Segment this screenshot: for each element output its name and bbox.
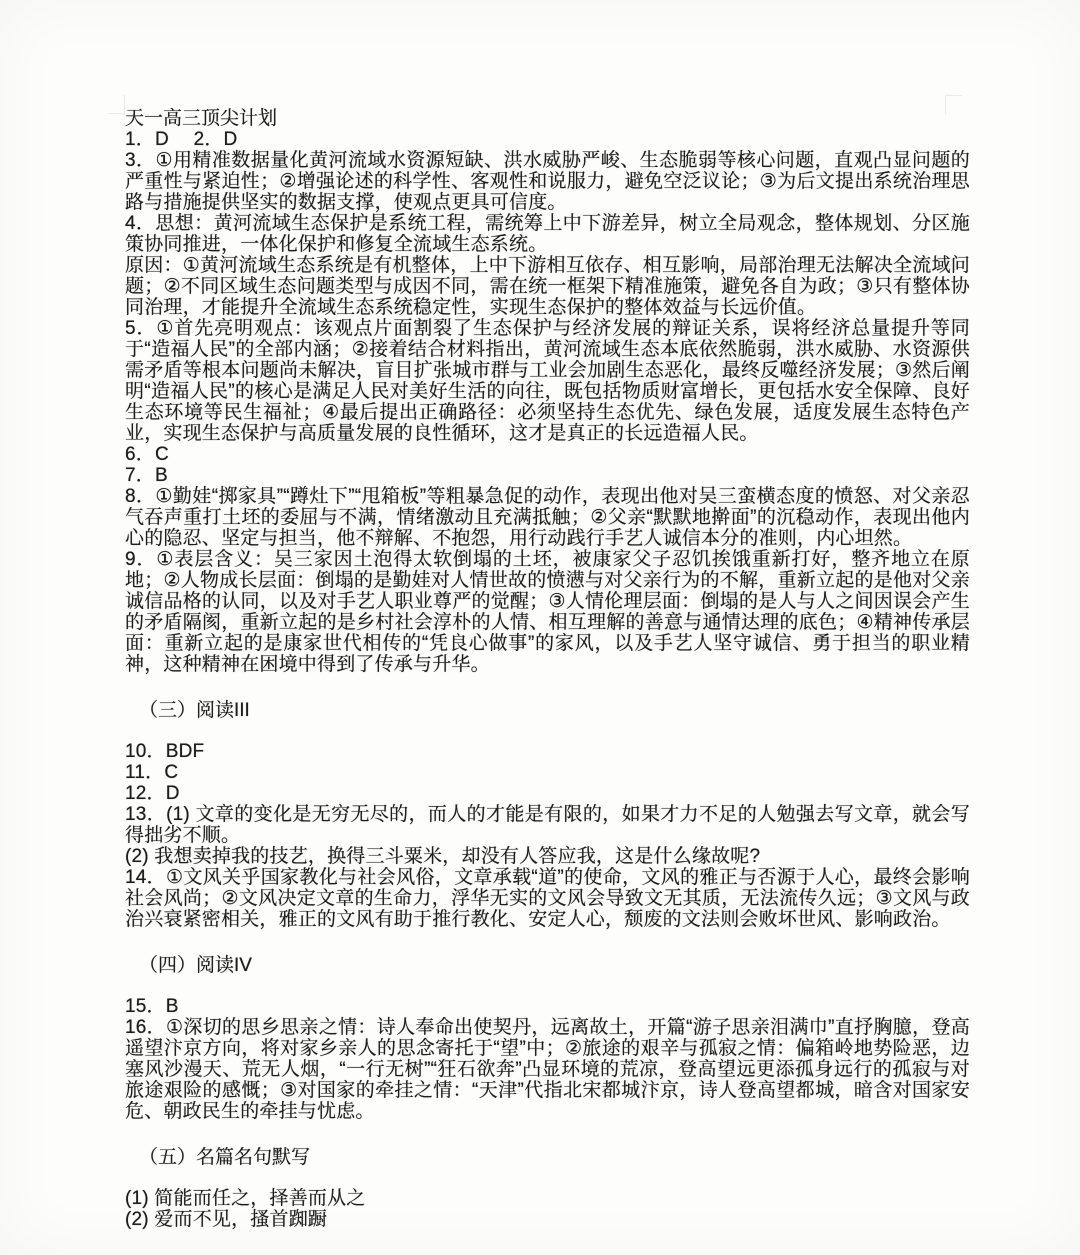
answer-paragraph: 原因：①黄河流域生态系统是有机整体，上中下游相互依存、相互影响，局部治理无法解决… bbox=[125, 255, 970, 318]
answer-paragraph: 15．B bbox=[125, 996, 970, 1017]
section-heading: （五）名篇名句默写 bbox=[139, 1147, 970, 1168]
section-heading: （四）阅读IV bbox=[139, 955, 970, 976]
document-title: 天一高三顶尖计划 bbox=[125, 108, 970, 129]
answer-paragraph: 7．B bbox=[125, 465, 970, 486]
answer-paragraph: (2) 我想卖掉我的技艺，换得三斗粟米，却没有人答应我，这是什么缘故呢? bbox=[125, 846, 970, 867]
crop-mark-left-icon bbox=[108, 95, 125, 114]
answer-paragraph: 5．①首先亮明观点：该观点片面割裂了生态保护与经济发展的辩证关系，误将经济总量提… bbox=[125, 318, 970, 444]
answer-paragraph: 1．D 2．D bbox=[125, 129, 970, 150]
answer-paragraph: 6．C bbox=[125, 444, 970, 465]
answer-paragraph: 9．①表层含义：吴三家因土泡得太软倒塌的土坯，被康家父子忍饥挨饿重新打好，整齐地… bbox=[125, 549, 970, 675]
answer-paragraph: 4．思想：黄河流域生态保护是系统工程，需统筹上中下游差异，树立全局观念，整体规划… bbox=[125, 213, 970, 255]
answer-paragraph: 14．①文风关乎国家教化与社会风俗，文章承载“道”的使命，文风的雅正与否源于人心… bbox=[125, 867, 970, 930]
answer-paragraph: 3．①用精准数据量化黄河流域水资源短缺、洪水威胁严峻、生态脆弱等核心问题，直观凸… bbox=[125, 150, 970, 213]
section-heading: （三）阅读III bbox=[139, 700, 970, 721]
answer-paragraph: 11．C bbox=[125, 762, 970, 783]
answer-paragraph: 16．①深切的思乡思亲之情：诗人奉命出使契丹，远离故土，开篇“游子思亲泪满巾”直… bbox=[125, 1017, 970, 1122]
answer-paragraph: 13．(1) 文章的变化是无穷无尽的，而人的才能是有限的，如果才力不足的人勉强去… bbox=[125, 804, 970, 846]
answer-paragraph: (1) 简能而任之，择善而从之 bbox=[125, 1188, 970, 1209]
document-content: 天一高三顶尖计划1．D 2．D3．①用精准数据量化黄河流域水资源短缺、洪水威胁严… bbox=[125, 108, 970, 1230]
answer-paragraph: 12．D bbox=[125, 783, 970, 804]
answer-paragraph: 8．①勤娃“掷家具”“蹲灶下”“甩箱板”等粗暴急促的动作，表现出他对吴三蛮横态度… bbox=[125, 486, 970, 549]
scanned-answer-page: 天一高三顶尖计划1．D 2．D3．①用精准数据量化黄河流域水资源短缺、洪水威胁严… bbox=[0, 0, 1080, 1255]
answer-paragraph: 10．BDF bbox=[125, 741, 970, 762]
answer-paragraph: (2) 爱而不见，搔首踟蹰 bbox=[125, 1209, 970, 1230]
